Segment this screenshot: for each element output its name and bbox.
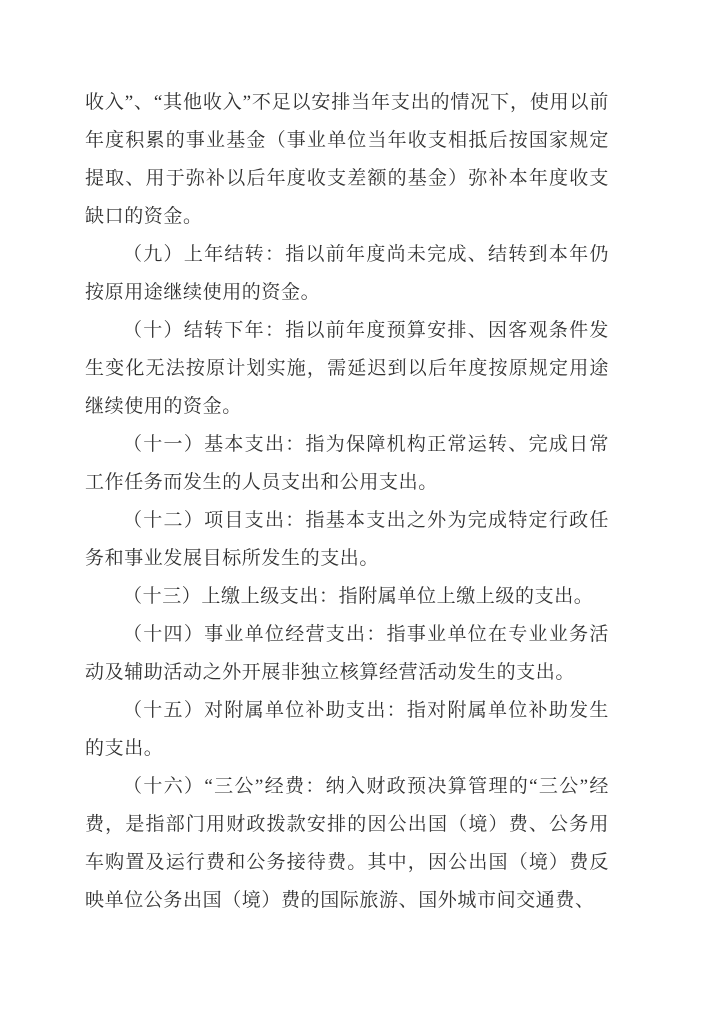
paragraph-item-16: （十六）“三公”经费：纳入财政预决算管理的“三公”经费，是指部门用财政拨款安排的…: [85, 768, 609, 920]
document-body: 收入”、“其他收入”不足以安排当年支出的情况下，使用以前年度积累的事业基金（事业…: [85, 84, 609, 920]
paragraph-item-12: （十二）项目支出：指基本支出之外为完成特定行政任务和事业发展目标所发生的支出。: [85, 502, 609, 578]
paragraph-item-15: （十五）对附属单位补助支出：指对附属单位补助发生的支出。: [85, 692, 609, 768]
paragraph-item-10: （十）结转下年：指以前年度预算安排、因客观条件发生变化无法按原计划实施，需延迟到…: [85, 312, 609, 426]
document-page: 收入”、“其他收入”不足以安排当年支出的情况下，使用以前年度积累的事业基金（事业…: [0, 0, 717, 1015]
paragraph-item-9: （九）上年结转：指以前年度尚未完成、结转到本年仍按原用途继续使用的资金。: [85, 236, 609, 312]
paragraph-continuation: 收入”、“其他收入”不足以安排当年支出的情况下，使用以前年度积累的事业基金（事业…: [85, 84, 609, 236]
paragraph-item-13: （十三）上缴上级支出：指附属单位上缴上级的支出。: [85, 578, 609, 616]
paragraph-item-14: （十四）事业单位经营支出：指事业单位在专业业务活动及辅助活动之外开展非独立核算经…: [85, 616, 609, 692]
paragraph-item-11: （十一）基本支出：指为保障机构正常运转、完成日常工作任务而发生的人员支出和公用支…: [85, 426, 609, 502]
